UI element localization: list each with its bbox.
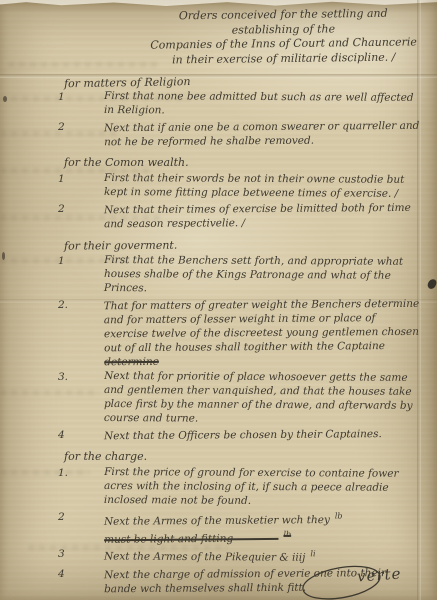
manuscript-page: Orders conceived for the settling and es… xyxy=(0,0,437,600)
struck-text-main: must be light and fitting ———— xyxy=(104,532,278,545)
item-text: Next that if anie one be a comon swearer… xyxy=(104,119,432,150)
item-number: 1 xyxy=(0,172,104,200)
section-heading: for their goverment. xyxy=(64,236,437,253)
item-number: 3. xyxy=(0,370,104,426)
article-item: 1. First the price of ground for exercis… xyxy=(0,466,437,508)
article-item: 1 First that none bee admitted but such … xyxy=(0,90,437,118)
item-text-main: Next the Armes of the musketier wch they xyxy=(104,514,330,528)
article-item: 1 First that the Benchers sett forth, an… xyxy=(0,254,437,296)
item-text: Next the Armes of the Pikequier & iiijli xyxy=(104,546,432,566)
article-item: 2. That for matters of greater weight th… xyxy=(0,298,437,368)
turn-note-label: verte xyxy=(356,564,402,585)
item-number: 4 xyxy=(0,567,104,595)
article-item: 4 Next that the Officers be chosen by th… xyxy=(0,428,437,442)
item-text: First that the Benchers sett forth, and … xyxy=(104,253,432,297)
title-line: Orders conceived for the settling and es… xyxy=(146,6,421,38)
section-religion: for matters of Religion 1 First that non… xyxy=(0,74,437,148)
item-text: First that their swords be not in their … xyxy=(104,171,432,201)
struck-text: determine xyxy=(104,353,422,369)
weight-abbreviation: lb xyxy=(283,529,291,538)
item-text-main: Next the Armes of the Pikequier & iiij xyxy=(104,550,305,563)
article-item: 3. Next that for prioritie of place whos… xyxy=(0,370,437,426)
item-text-main: That for matters of greater weight the B… xyxy=(104,298,420,354)
section-heading: for the Comon wealth. xyxy=(64,156,437,170)
section-government: for their goverment. 1 First that the Be… xyxy=(0,238,437,442)
section-heading: for the charge. xyxy=(64,450,437,464)
weight-abbreviation: lb xyxy=(335,511,343,520)
item-number: 2 xyxy=(0,120,104,148)
currency-abbreviation: li xyxy=(310,549,315,558)
item-number: 2 xyxy=(0,510,104,545)
item-number: 1 xyxy=(0,254,104,296)
item-text: Next that for prioritie of place whosoev… xyxy=(104,369,432,427)
struck-text: must be light and fitting ————lb xyxy=(104,526,422,546)
item-text: Next that their times of exercise be lim… xyxy=(104,201,432,232)
article-item: 2 Next that if anie one be a comon swear… xyxy=(0,120,437,148)
item-number: 2 xyxy=(0,202,104,230)
item-text: First the price of ground for exercise t… xyxy=(104,465,432,509)
manuscript-content: Orders conceived for the settling and es… xyxy=(0,0,437,600)
turn-note: verte xyxy=(356,564,402,585)
title-line: in their exercise of militarie disciplin… xyxy=(146,50,421,68)
document-title: Orders conceived for the settling and es… xyxy=(146,6,422,67)
section-commonwealth: for the Comon wealth. 1 First that their… xyxy=(0,156,437,230)
item-text: Next the Armes of the musketier wch they… xyxy=(104,509,432,547)
item-text: That for matters of greater weight the B… xyxy=(104,297,433,370)
item-number: 1 xyxy=(0,90,104,118)
article-item: 2 Next that their times of exercise be l… xyxy=(0,202,437,230)
item-number: 4 xyxy=(0,428,104,442)
article-item: 1 First that their swords be not in thei… xyxy=(0,172,437,200)
item-number: 1. xyxy=(0,466,104,508)
article-item: 2 Next the Armes of the musketier wch th… xyxy=(0,510,437,545)
item-number: 2. xyxy=(0,298,104,368)
item-text: First that none bee admitted but such as… xyxy=(104,89,432,119)
item-text: Next that the Officers be chosen by thei… xyxy=(104,427,432,444)
item-number: 3 xyxy=(0,547,104,565)
article-item: 3 Next the Armes of the Pikequier & iiij… xyxy=(0,547,437,565)
